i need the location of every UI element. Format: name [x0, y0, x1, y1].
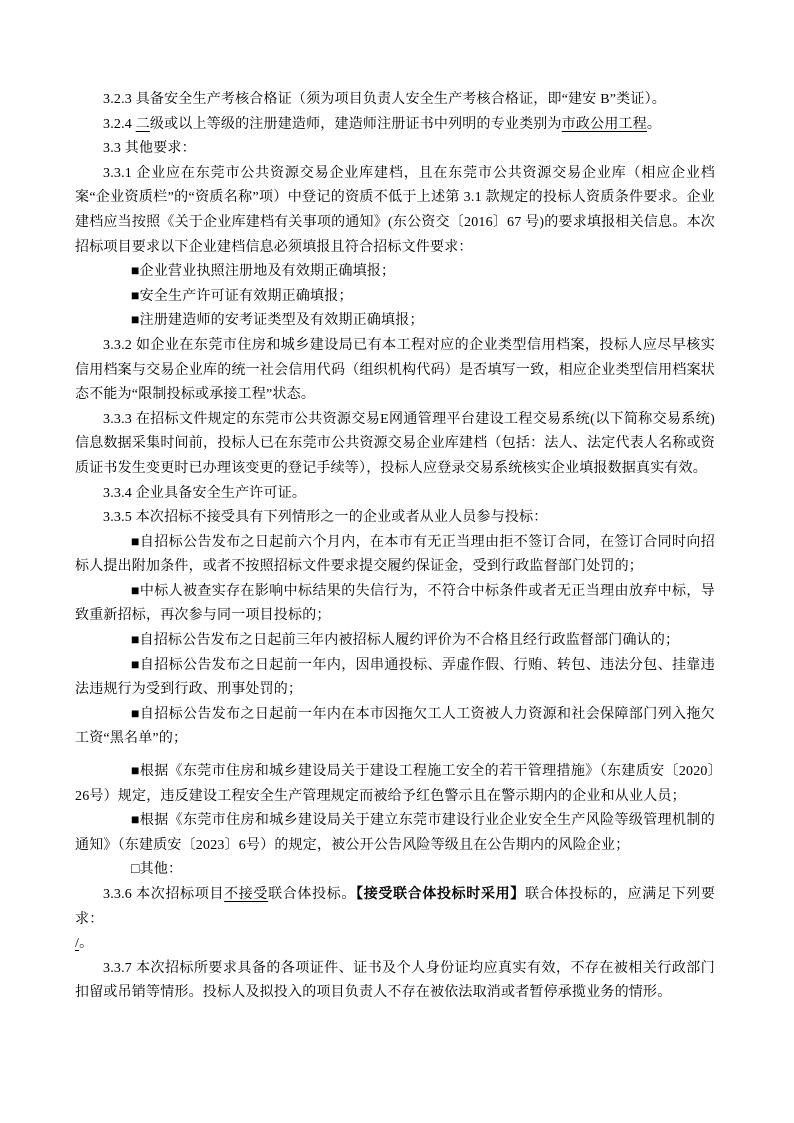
clause-3-3-7: 3.3.7 本次招标所要求具备的各项证件、证书及个人身份证均应真实有效，不存在被… — [75, 957, 715, 1006]
text-run: ■自招标公告发布之日起前一年内，因串通投标、弄虚作假、行贿、转包、违法分包、挂靠… — [75, 658, 715, 698]
bullet-risk-grade: ■根据《东莞市住房和城乡建设局关于建立东莞市建设行业企业安全生产风险等级管理机制… — [75, 809, 715, 858]
text-run: 3.3.1 企业应在东莞市公共资源交易企业库建档，且在东莞市公共资源交易企业库（… — [75, 166, 715, 255]
text-run: ■安全生产许可证有效期正确填报； — [131, 289, 353, 304]
text-run: 。 — [647, 117, 661, 132]
text-run: 级或以上等级的注册建造师，建造师注册证书中列明的专业类别为 — [150, 117, 562, 132]
text-run: 3.2.3 具备安全生产考核合格证（须为项目负责人安全生产考核合格证，即“建安 … — [103, 92, 666, 107]
text-run: 联合体投标。 — [268, 887, 356, 902]
text-run: 3.3.6 本次招标项目 — [103, 887, 224, 902]
text-run: 3.3.3 在招标文件规定的东莞市公共资源交易E网通管理平台建设工程交易系统(以… — [75, 412, 715, 476]
text-run: ■注册建造师的安考证类型及有效期正确填报； — [131, 313, 424, 328]
text-run: 3.3.4 企业具备安全生产许可证。 — [103, 486, 306, 501]
text-run: ■自招标公告发布之日起前三年内被招标人履约评价为不合格且经行政监督部门确认的； — [131, 633, 679, 648]
bullet-other: □其他： — [75, 858, 715, 883]
clause-3-3-1: 3.3.1 企业应在东莞市公共资源交易企业库建档，且在东莞市公共资源交易企业库（… — [75, 162, 715, 260]
text-run: 3.3.2 如企业在东莞市住房和城乡建设局已有本工程对应的企业类型信用档案，投标… — [75, 338, 715, 402]
text-run: ■根据《东莞市住房和城乡建设局关于建设工程施工安全的若干管理措施》（东建质安〔2… — [75, 764, 715, 804]
text-run: 3.2.4 — [103, 117, 136, 132]
text-run: ■自招标公告发布之日起前一年内在本市因拖欠工人工资被人力资源和社会保障部门列入拖… — [75, 707, 715, 747]
bullet-wage-blacklist: ■自招标公告发布之日起前一年内在本市因拖欠工人工资被人力资源和社会保障部门列入拖… — [75, 703, 715, 752]
text-run: ■企业营业执照注册地及有效期正确填报； — [131, 264, 395, 279]
bullet-dishonest-winner: ■中标人被查实存在影响中标结果的失信行为，不符合中标条件或者无正当理由放弃中标，… — [75, 580, 715, 629]
underlined-text: 不接受 — [224, 887, 268, 902]
bold-text: 【接受联合体投标时采用】 — [356, 887, 525, 902]
clause-3-3-5: 3.3.5 本次招标不接受具有下列情形之一的企业或者从业人员参与投标： — [75, 506, 715, 531]
clause-3-3-3: 3.3.3 在招标文件规定的东莞市公共资源交易E网通管理平台建设工程交易系统(以… — [75, 408, 715, 482]
underlined-text: 二 — [136, 117, 150, 132]
text-run: ■自招标公告发布之日起前六个月内，在本市有无正当理由拒不签订合同，在签订合同时向… — [75, 535, 715, 575]
text-run: □其他： — [131, 862, 182, 877]
text-run: 3.3 其他要求： — [103, 141, 196, 156]
clause-3-2-3: 3.2.3 具备安全生产考核合格证（须为项目负责人安全生产考核合格证，即“建安 … — [75, 88, 715, 113]
bullet-red-warning: ■根据《东莞市住房和城乡建设局关于建设工程施工安全的若干管理措施》（东建质安〔2… — [75, 760, 715, 809]
bullet-license-registration: ■企业营业执照注册地及有效期正确填报； — [75, 260, 715, 285]
clause-3-3-6: 3.3.6 本次招标项目不接受联合体投标。【接受联合体投标时采用】联合体投标的，… — [75, 883, 715, 932]
clause-3-3-2: 3.3.2 如企业在东莞市住房和城乡建设局已有本工程对应的企业类型信用档案，投标… — [75, 334, 715, 408]
underlined-text: 市政公用工程 — [562, 117, 647, 132]
document-body: 3.2.3 具备安全生产考核合格证（须为项目负责人安全生产考核合格证，即“建安 … — [75, 88, 715, 1006]
bullet-safety-permit: ■安全生产许可证有效期正确填报； — [75, 285, 715, 310]
clause-3-3-6-placeholder: /。 — [75, 932, 715, 957]
bullet-builder-cert: ■注册建造师的安考证类型及有效期正确填报； — [75, 309, 715, 334]
clause-3-3-4: 3.3.4 企业具备安全生产许可证。 — [75, 482, 715, 507]
document-page: 3.2.3 具备安全生产考核合格证（须为项目负责人安全生产考核合格证，即“建安 … — [0, 0, 794, 1123]
text-run: 。 — [79, 936, 93, 951]
clause-3-3: 3.3 其他要求： — [75, 137, 715, 162]
clause-3-2-4: 3.2.4 二级或以上等级的注册建造师，建造师注册证书中列明的专业类别为市政公用… — [75, 113, 715, 138]
bullet-performance-unqualified: ■自招标公告发布之日起前三年内被招标人履约评价为不合格且经行政监督部门确认的； — [75, 629, 715, 654]
text-run: 3.3.7 本次招标所要求具备的各项证件、证书及个人身份证均应真实有效，不存在被… — [75, 961, 715, 1001]
text-run: ■中标人被查实存在影响中标结果的失信行为，不符合中标条件或者无正当理由放弃中标，… — [75, 584, 715, 624]
bullet-refuse-contract: ■自招标公告发布之日起前六个月内，在本市有无正当理由拒不签订合同，在签订合同时向… — [75, 531, 715, 580]
bullet-collusion-penalty: ■自招标公告发布之日起前一年内，因串通投标、弄虚作假、行贿、转包、违法分包、挂靠… — [75, 654, 715, 703]
text-run: ■根据《东莞市住房和城乡建设局关于建立东莞市建设行业企业安全生产风险等级管理机制… — [75, 813, 715, 853]
text-run: 3.3.5 本次招标不接受具有下列情形之一的企业或者从业人员参与投标： — [103, 510, 548, 525]
